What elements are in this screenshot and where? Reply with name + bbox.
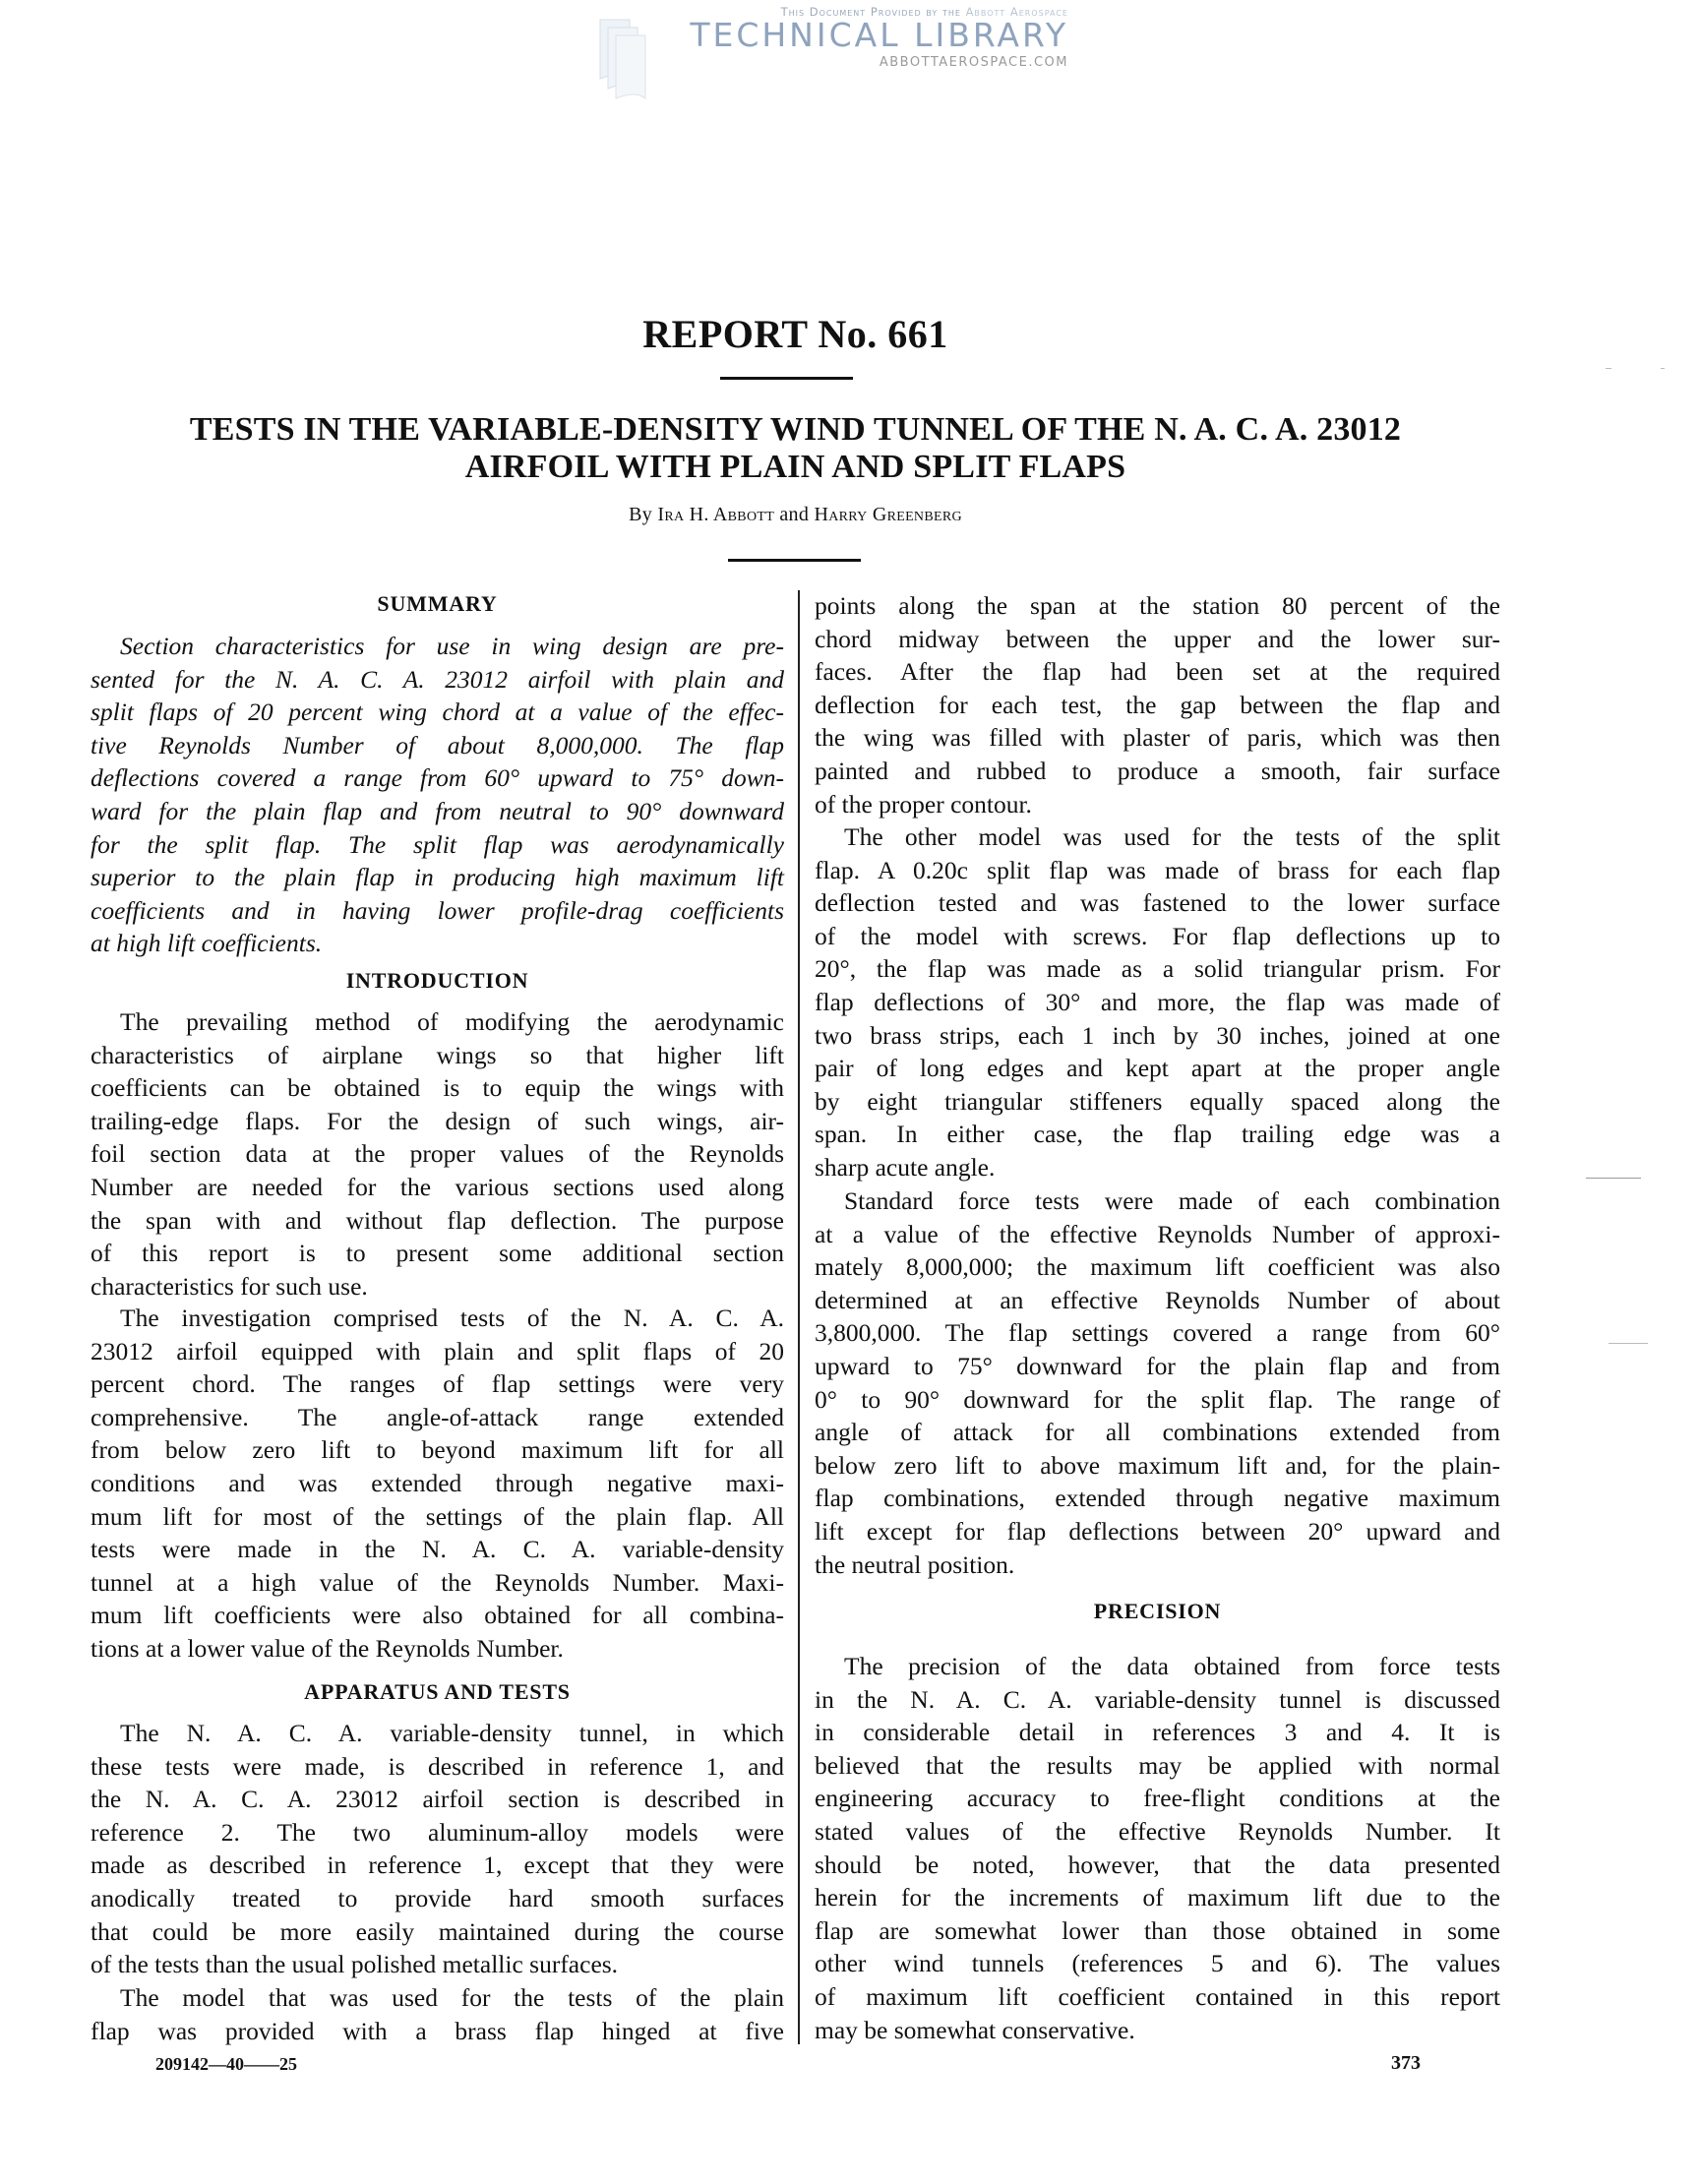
text-line: painted and rubbed to produce a smooth, …: [815, 755, 1500, 788]
text-line: upward to 75° downward for the plain fla…: [815, 1350, 1500, 1383]
text-line: 3,800,000. The flap settings covered a r…: [815, 1316, 1500, 1350]
text-line: tests were made in the N. A. C. A. varia…: [91, 1533, 784, 1566]
text-line: may be somewhat conservative.: [815, 2014, 1500, 2047]
text-line: trailing-edge flaps. For the design of s…: [91, 1105, 784, 1138]
text-line: the wing was filled with plaster of pari…: [815, 721, 1500, 755]
text-line: deflections covered a range from 60° upw…: [91, 761, 784, 795]
text-line: of the model with screws. For flap defle…: [815, 920, 1500, 953]
text-line: below zero lift to above maximum lift an…: [815, 1449, 1500, 1483]
text-line: characteristics of airplane wings so tha…: [91, 1039, 784, 1072]
text-line: superior to the plain flap in producing …: [91, 861, 784, 894]
text-line: made as described in reference 1, except…: [91, 1849, 784, 1882]
text-line: in considerable detail in references 3 a…: [815, 1716, 1500, 1749]
text-line: deflection for each test, the gap betwee…: [815, 689, 1500, 722]
text-line: Standard force tests were made of each c…: [815, 1184, 1500, 1218]
text-line: conditions and was extended through nega…: [91, 1467, 784, 1500]
report-title-line-1: TESTS IN THE VARIABLE-DENSITY WIND TUNNE…: [91, 411, 1500, 449]
text-line: Section characteristics for use in wing …: [91, 630, 784, 663]
text-line: the span with and without flap deflectio…: [91, 1204, 784, 1238]
text-line: ward for the plain flap and from neutral…: [91, 795, 784, 828]
text-line: flap are somewhat lower than those obtai…: [815, 1914, 1500, 1948]
precision-paragraph: The precision of the data obtained from …: [815, 1650, 1500, 2046]
text-line: these tests were made, is described in r…: [91, 1750, 784, 1784]
text-line: lift except for flap deflections between…: [815, 1515, 1500, 1548]
text-line: by eight triangular stiffeners equally s…: [815, 1085, 1500, 1119]
text-line: tive Reynolds Number of about 8,000,000.…: [91, 729, 784, 762]
report-number: REPORT No. 661: [0, 311, 1591, 357]
introduction-heading: INTRODUCTION: [91, 967, 784, 995]
introduction-paragraph-1: The prevailing method of modifying the a…: [91, 1005, 784, 1303]
text-line: The prevailing method of modifying the a…: [91, 1005, 784, 1039]
text-line: pair of long edges and kept apart at the…: [815, 1052, 1500, 1085]
text-line: sharp acute angle.: [815, 1151, 1500, 1184]
text-line: coefficients can be obtained is to equip…: [91, 1071, 784, 1105]
text-line: believed that the results may be applied…: [815, 1749, 1500, 1783]
text-line: The model that was used for the tests of…: [91, 1981, 784, 2015]
text-line: The N. A. C. A. variable-density tunnel,…: [91, 1717, 784, 1750]
text-line: other wind tunnels (references 5 and 6).…: [815, 1947, 1500, 1980]
scan-artifact: [1661, 368, 1665, 369]
text-line: The precision of the data obtained from …: [815, 1650, 1500, 1683]
apparatus-paragraph-3: The other model was used for the tests o…: [815, 820, 1500, 1184]
text-line: flap combinations, extended through nega…: [815, 1482, 1500, 1515]
report-title-line-2: AIRFOIL WITH PLAIN AND SPLIT FLAPS: [91, 449, 1500, 486]
summary-paragraph: Section characteristics for use in wing …: [91, 630, 784, 960]
scan-artifact: [1606, 368, 1611, 369]
text-line: 20°, the flap was made as a solid triang…: [815, 952, 1500, 986]
apparatus-paragraph-1: The N. A. C. A. variable-density tunnel,…: [91, 1717, 784, 1981]
apparatus-paragraph-4: Standard force tests were made of each c…: [815, 1184, 1500, 1581]
text-line: span. In either case, the flap trailing …: [815, 1118, 1500, 1151]
text-line: tions at a lower value of the Reynolds N…: [91, 1632, 784, 1666]
text-line: two brass strips, each 1 inch by 30 inch…: [815, 1019, 1500, 1053]
text-line: of the proper contour.: [815, 788, 1500, 821]
text-line: that could be more easily maintained dur…: [91, 1915, 784, 1949]
summary-heading: SUMMARY: [91, 590, 784, 618]
scan-artifact: [1586, 1178, 1641, 1179]
text-line: engineering accuracy to free-flight cond…: [815, 1782, 1500, 1815]
byline-prefix: By: [629, 504, 652, 525]
text-line: in the N. A. C. A. variable-density tunn…: [815, 1683, 1500, 1717]
text-line: chord midway between the upper and the l…: [815, 623, 1500, 656]
text-line: comprehensive. The angle-of-attack range…: [91, 1401, 784, 1434]
text-line: mum lift for most of the settings of the…: [91, 1500, 784, 1534]
text-line: mum lift coefficients were also obtained…: [91, 1599, 784, 1632]
text-line: stated values of the effective Reynolds …: [815, 1815, 1500, 1849]
author-name: Harry Greenberg: [814, 504, 961, 525]
apparatus-heading: APPARATUS AND TESTS: [91, 1678, 784, 1706]
text-line: anodically treated to provide hard smoot…: [91, 1882, 784, 1915]
print-code: 209142—40——25: [155, 2054, 297, 2075]
text-line: split flaps of 20 percent wing chord at …: [91, 696, 784, 729]
text-line: reference 2. The two aluminum-alloy mode…: [91, 1816, 784, 1850]
text-line: faces. After the flap had been set at th…: [815, 655, 1500, 689]
byline: By Ira H. Abbott and Harry Greenberg: [91, 504, 1500, 526]
text-line: of maximum lift coefficient contained in…: [815, 1980, 1500, 2014]
watermark-library-title: TECHNICAL LIBRARY: [630, 18, 1068, 53]
column-divider: [798, 590, 800, 2044]
text-line: the neutral position.: [815, 1548, 1500, 1582]
text-line: coefficients and in having lower profile…: [91, 894, 784, 928]
text-line: at high lift coefficients.: [91, 927, 784, 960]
text-line: for the split flap. The split flap was a…: [91, 828, 784, 862]
text-line: deflection tested and was fastened to th…: [815, 886, 1500, 920]
apparatus-paragraph-2-continued: points along the span at the station 80 …: [815, 589, 1500, 820]
text-line: 0° to 90° downward for the split flap. T…: [815, 1383, 1500, 1417]
author-name: Ira H. Abbott: [657, 504, 774, 525]
text-line: foil section data at the proper values o…: [91, 1137, 784, 1171]
byline-conjunction: and: [779, 504, 809, 525]
scan-artifact: [1609, 1343, 1648, 1344]
text-line: Number are needed for the various sectio…: [91, 1171, 784, 1204]
watermark-url: ABBOTTAEROSPACE.COM: [767, 55, 1068, 70]
text-line: from below zero lift to beyond maximum l…: [91, 1433, 784, 1467]
introduction-paragraph-2: The investigation comprised tests of the…: [91, 1302, 784, 1666]
text-line: angle of attack for all combinations ext…: [815, 1416, 1500, 1449]
text-line: 23012 airfoil equipped with plain and sp…: [91, 1335, 784, 1368]
text-line: flap. A 0.20c split flap was made of bra…: [815, 854, 1500, 887]
text-line: determined at an effective Reynolds Numb…: [815, 1284, 1500, 1317]
text-line: the N. A. C. A. 23012 airfoil section is…: [91, 1783, 784, 1816]
text-line: points along the span at the station 80 …: [815, 589, 1500, 623]
precision-heading: PRECISION: [815, 1598, 1500, 1625]
text-line: sented for the N. A. C. A. 23012 airfoil…: [91, 663, 784, 697]
text-line: tunnel at a high value of the Reynolds N…: [91, 1566, 784, 1600]
title-rule-top: [720, 377, 853, 380]
page-number: 373: [1391, 2052, 1421, 2075]
title-rule-bottom: [728, 559, 861, 562]
text-line: The other model was used for the tests o…: [815, 820, 1500, 854]
text-line: flap deflections of 30° and more, the fl…: [815, 986, 1500, 1019]
apparatus-paragraph-2-start: The model that was used for the tests of…: [91, 1981, 784, 2047]
text-line: herein for the increments of maximum lif…: [815, 1881, 1500, 1914]
text-line: of the tests than the usual polished met…: [91, 1948, 784, 1981]
text-line: should be noted, however, that the data …: [815, 1849, 1500, 1882]
text-line: flap was provided with a brass flap hing…: [91, 2015, 784, 2048]
text-line: The investigation comprised tests of the…: [91, 1302, 784, 1335]
text-line: of this report is to present some additi…: [91, 1237, 784, 1270]
text-line: at a value of the effective Reynolds Num…: [815, 1218, 1500, 1251]
text-line: mately 8,000,000; the maximum lift coeff…: [815, 1250, 1500, 1284]
text-line: percent chord. The ranges of flap settin…: [91, 1367, 784, 1401]
text-line: characteristics for such use.: [91, 1270, 784, 1304]
